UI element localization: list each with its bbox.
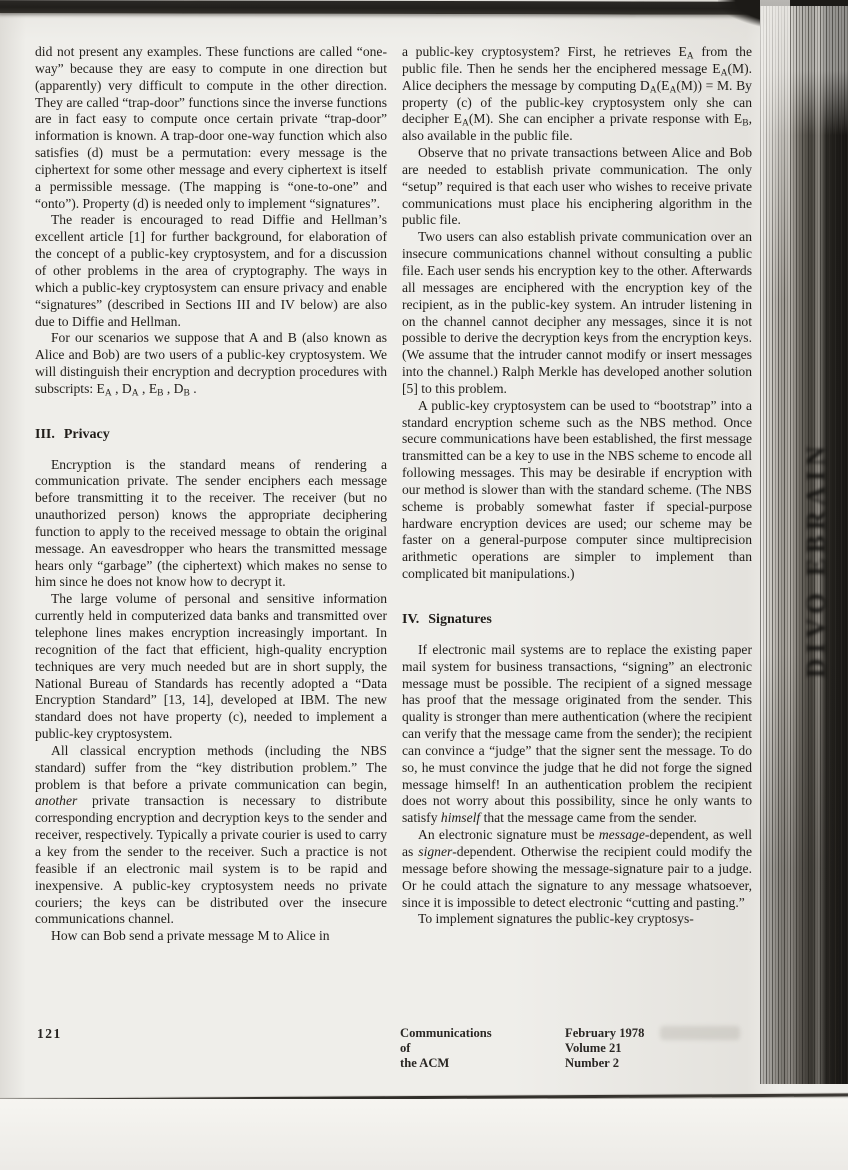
section-heading-privacy: III.Privacy xyxy=(35,427,387,444)
paragraph: How can Bob send a private message M to … xyxy=(35,928,387,945)
next-page-surface xyxy=(0,1099,848,1170)
paragraph: An electronic signature must be message-… xyxy=(402,827,752,911)
footer-journal-name: Communications of the ACM xyxy=(400,1026,560,1072)
paragraph: Two users can also establish private com… xyxy=(402,229,752,397)
section-heading-signatures: IV.Signatures xyxy=(402,612,752,629)
spine-stamp-text: DIVO EBRAIN xyxy=(798,428,834,678)
section-title: Signatures xyxy=(428,612,492,627)
paragraph: did not present any examples. These func… xyxy=(35,44,387,212)
paragraph: The reader is encouraged to read Diffie … xyxy=(35,212,387,330)
paragraph: To implement signatures the public-key c… xyxy=(402,911,752,928)
footer-line: Volume 21 xyxy=(565,1041,705,1056)
paragraph: If electronic mail systems are to replac… xyxy=(402,642,752,827)
paragraph: The large volume of personal and sensiti… xyxy=(35,591,387,743)
page-number: 121 xyxy=(37,1026,62,1042)
footer-line: of xyxy=(400,1041,560,1056)
footer-line: the ACM xyxy=(400,1056,560,1071)
section-number: IV. xyxy=(402,612,419,627)
left-column: did not present any examples. These func… xyxy=(35,44,387,945)
book-spine-highlight xyxy=(760,0,790,300)
footer-line: Communications xyxy=(400,1026,560,1041)
paragraph: a public-key cryptosystem? First, he ret… xyxy=(402,44,752,145)
paragraph: For our scenarios we suppose that A and … xyxy=(35,330,387,397)
footer-line: Number 2 xyxy=(565,1056,705,1071)
paragraph: Encryption is the standard means of rend… xyxy=(35,457,387,592)
paragraph: All classical encryption methods (includ… xyxy=(35,743,387,928)
right-column: a public-key cryptosystem? First, he ret… xyxy=(402,44,752,928)
section-title: Privacy xyxy=(64,427,110,442)
ink-smudge xyxy=(660,1026,740,1040)
paragraph: Observe that no private transactions bet… xyxy=(402,145,752,229)
paragraph: A public-key cryptosystem can be used to… xyxy=(402,398,752,583)
section-number: III. xyxy=(35,427,55,442)
